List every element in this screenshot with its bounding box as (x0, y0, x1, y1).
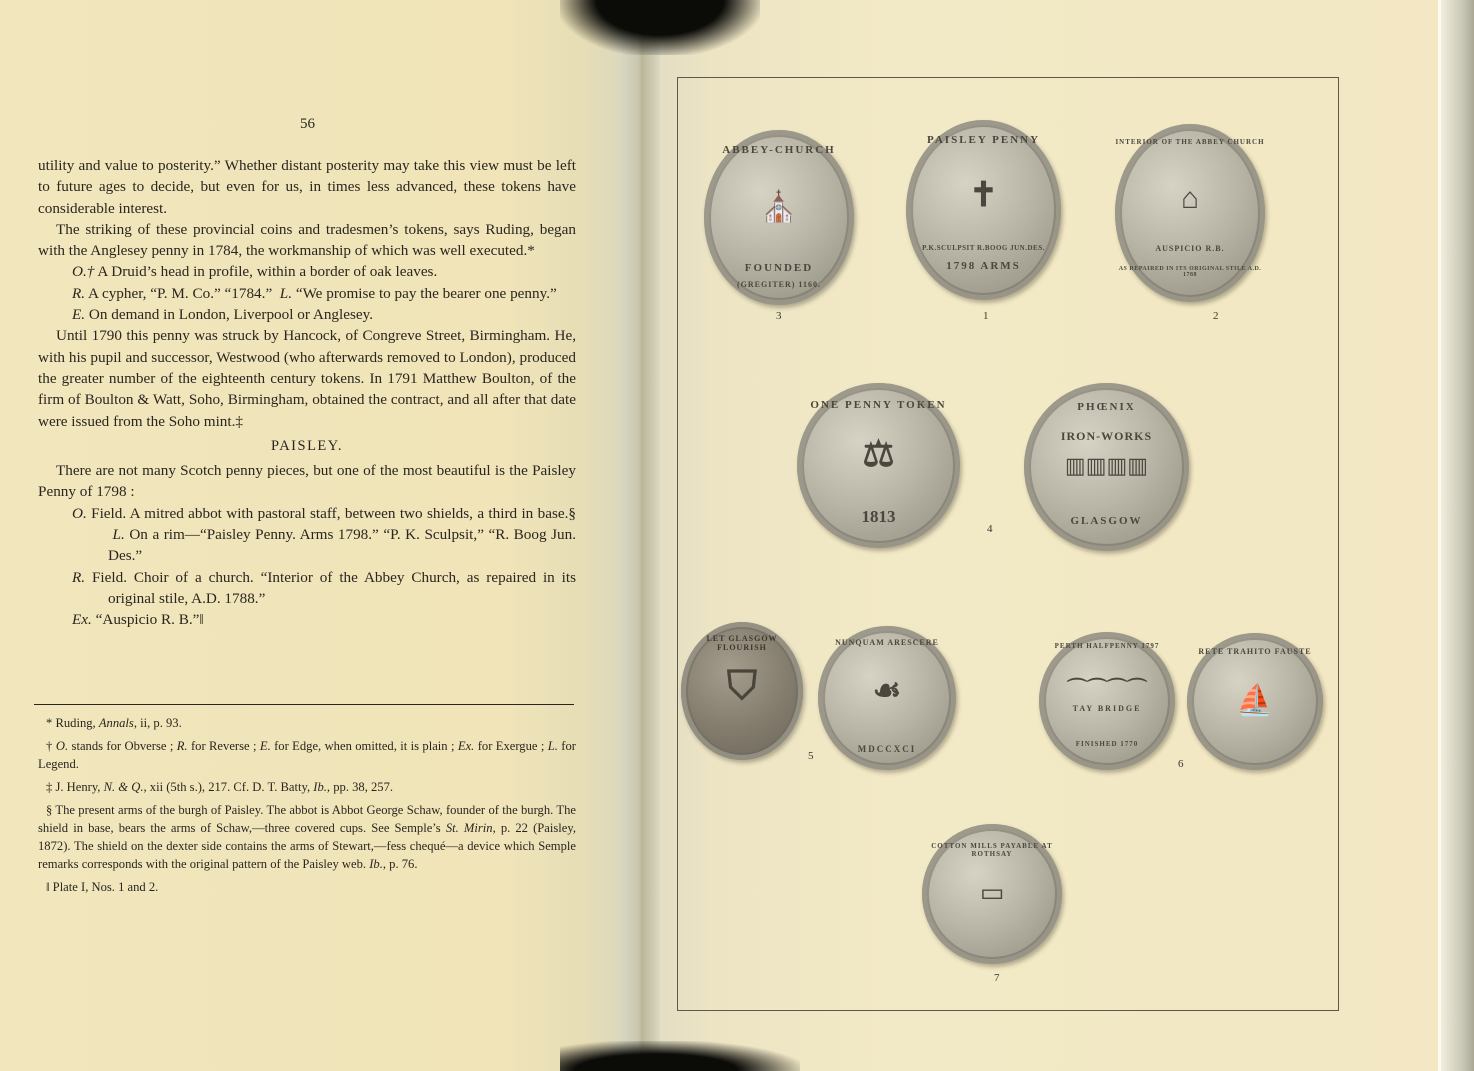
coin-label-4: 4 (987, 523, 993, 535)
bridge-engraving: ⌒⌒⌒⌒ (1039, 672, 1175, 701)
top-gutter-shadow (560, 0, 760, 55)
coin-1-paisley-penny: PAISLEY PENNY ✝ 1798 ARMS P.K.SCULPSIT R… (906, 120, 1061, 300)
coin-label-3: 3 (776, 310, 782, 322)
paragraph-ruding: The striking of these provincial coins a… (38, 219, 576, 262)
coin-label-7: 7 (994, 972, 1000, 984)
page-number: 56 (300, 116, 315, 133)
footnote-1: * Ruding, Annals, ii, p. 93. (38, 714, 576, 732)
footnote-5: ‖ Plate I, Nos. 1 and 2. (38, 878, 576, 896)
anglesey-edge: E. On demand in London, Liverpool or Ang… (38, 304, 576, 325)
footnote-4: § The present arms of the burgh of Paisl… (38, 801, 576, 873)
coin-label-5: 5 (808, 750, 814, 762)
footnote-2: † O. stands for Obverse ; R. for Reverse… (38, 737, 576, 773)
paragraph-posterity: utility and value to posterity.” Whether… (38, 155, 576, 219)
fisherman-boat-engraving: ⛵ (1187, 683, 1323, 718)
book-gutter (620, 0, 660, 1071)
coin-6-perth-halfpenny: PERTH HALFPENNY 1797 ⌒⌒⌒⌒ TAY BRIDGE FIN… (1039, 632, 1175, 770)
page-edges-right (1438, 0, 1474, 1071)
coin-label-1: 1 (983, 310, 989, 322)
church-engraving: ⛪ (704, 190, 854, 225)
river-god-figure: ☙ (818, 671, 956, 709)
scroll-engraving: ▭ (922, 878, 1062, 908)
body-text: utility and value to posterity.” Whether… (38, 155, 576, 631)
footnote-rule (34, 704, 574, 705)
coin-4-one-penny-token: ONE PENNY TOKEN ⚖ 1813 (797, 383, 960, 548)
glasgow-shield: ⛉ (681, 662, 803, 709)
paisley-reverse: R. Field. Choir of a church. “Interior o… (38, 567, 576, 610)
coin-5-nunquam-arescere: NUNQUAM ARESCERE ☙ MDCCXCI (818, 626, 956, 770)
footnotes: * Ruding, Annals, ii, p. 93. † O. stands… (38, 714, 576, 901)
anglesey-reverse: R. A cypher, “P. M. Co.” “1784.” L. “We … (38, 283, 576, 304)
paisley-obverse: O. Field. A mitred abbot with pastoral s… (38, 503, 576, 567)
coin-6-rete-trahito-fauste: RETE TRAHITO FAUSTE ⛵ (1187, 633, 1323, 770)
bottom-gutter-shadow (560, 1041, 800, 1071)
coin-3-abbey-church: ABBEY-CHURCH ⛪ FOUNDED (GREGITER) 1160. (704, 130, 854, 305)
factory-engraving: ▥▥▥▥ (1024, 453, 1189, 479)
coin-4-phoenix-iron-works: PHŒNIX IRON-WORKS ▥▥▥▥ GLASGOW (1024, 383, 1189, 551)
church-interior-engraving: ⌂ (1115, 182, 1265, 216)
coin-5-let-glasgow-flourish: LET GLASGOW FLOURISH ⛉ (681, 622, 803, 760)
coin-label-2: 2 (1213, 310, 1219, 322)
paisley-exergue: Ex. “Auspicio R. B.”‖ (38, 609, 576, 630)
paragraph-paisley: There are not many Scotch penny pieces, … (38, 460, 576, 503)
anglesey-obverse: O.† A Druid’s head in profile, within a … (38, 261, 576, 282)
abbot-figure: ✝ (906, 175, 1061, 215)
footnote-3: ‡ J. Henry, N. & Q., xii (5th s.), 217. … (38, 778, 576, 796)
section-heading-paisley: PAISLEY. (38, 436, 576, 457)
coin-label-6: 6 (1178, 758, 1184, 770)
coin-2-abbey-interior: INTERIOR OF THE ABBEY CHURCH ⌂ AUSPICIO … (1115, 124, 1265, 302)
coin-7-rothsay-cotton-mills: COTTON MILLS PAYABLE AT ROTHSAY ▭ (922, 824, 1062, 964)
britannia-figure: ⚖ (797, 433, 960, 475)
paragraph-hancock: Until 1790 this penny was struck by Hanc… (38, 325, 576, 431)
open-book-spread: 56 utility and value to posterity.” Whet… (0, 0, 1474, 1071)
